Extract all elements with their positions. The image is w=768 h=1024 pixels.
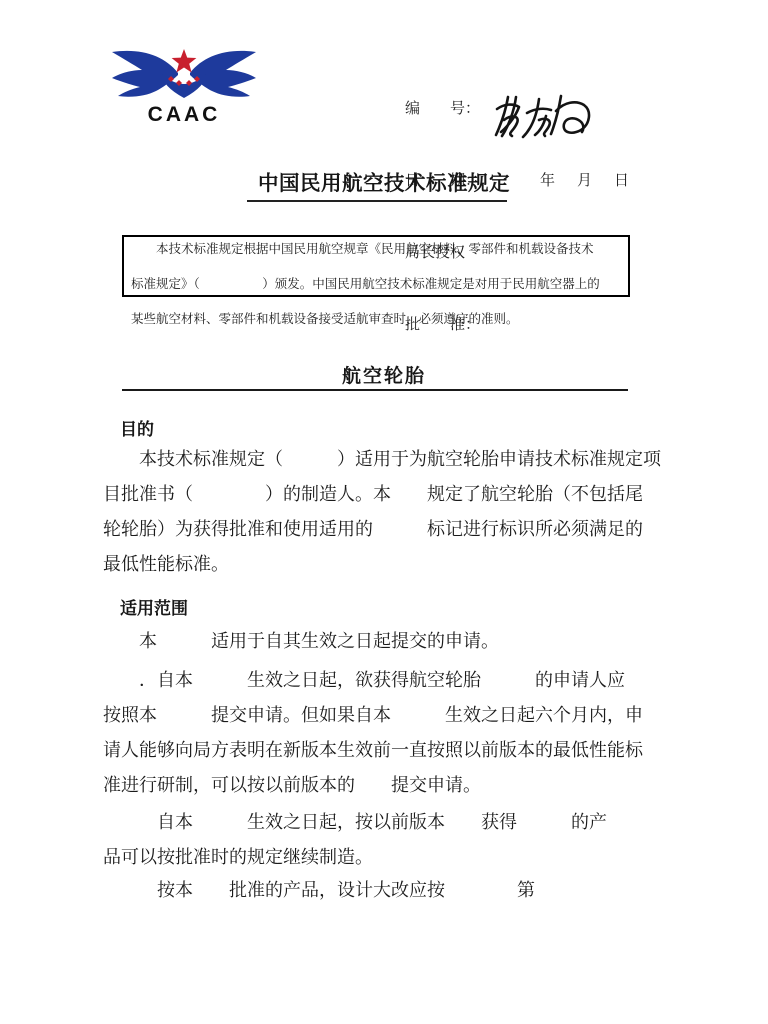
document-title: 中国民用航空技术标准规定 xyxy=(0,166,768,196)
text-line: 自本 生效之日起，按以前版本 获得 的产 xyxy=(103,805,675,840)
section-rule xyxy=(122,389,628,391)
text-line: 标准规定》（ ）颁发。中国民用航空技术标准规定是对用于民用航空器上的 xyxy=(131,275,621,310)
text-line: 请人能够向局方表明在新版本生效前一直按照以前版本的最低性能标 xyxy=(103,733,675,768)
text-line: 本技术标准规定根据中国民用航空规章《民用航空材料、零部件和机载设备技术 xyxy=(131,240,621,275)
approval-signature-icon xyxy=(492,90,600,147)
text-line: 最低性能标准。 xyxy=(103,547,675,582)
purpose-paragraph: 本技术标准规定（ ）适用于为航空轮胎申请技术标准规定项目批准书（ ）的制造人。本… xyxy=(103,442,675,582)
text-line: 按照本 提交申请。但如果自本 生效之日起六个月内，申 xyxy=(103,698,675,733)
section-title: 航空轮胎 xyxy=(0,361,768,388)
title-underline xyxy=(247,200,507,202)
text-line: 本技术标准规定（ ）适用于为航空轮胎申请技术标准规定项 xyxy=(103,442,675,477)
notice-box: 本技术标准规定根据中国民用航空规章《民用航空材料、零部件和机载设备技术标准规定》… xyxy=(122,235,630,297)
caac-logo: CAAC xyxy=(108,46,260,127)
scope-paragraph-3: 自本 生效之日起，按以前版本 获得 的产品可以按批准时的规定继续制造。 xyxy=(103,805,675,875)
field-number-label: 编 号： xyxy=(405,101,480,117)
document-page: CAAC 编 号： 日 期：年 月 日 局长授权 批 准： 中国民用航空技术标准… xyxy=(0,0,768,1024)
text-line: 轮轮胎）为获得批准和使用适用的 标记进行标识所必须满足的 xyxy=(103,512,675,547)
text-line: 准进行研制，可以按以前版本的 提交申请。 xyxy=(103,768,675,803)
caac-wings-star-icon xyxy=(108,46,260,102)
text-line: ．自本 生效之日起，欲获得航空轮胎 的申请人应 xyxy=(103,663,675,698)
scope-paragraph-1: 本 适用于自其生效之日起提交的申请。 xyxy=(103,624,675,659)
text-line: 品可以按批准时的规定继续制造。 xyxy=(103,840,675,875)
text-line: 目批准书（ ）的制造人。本 规定了航空轮胎（不包括尾 xyxy=(103,477,675,512)
text-line: 本 适用于自其生效之日起提交的申请。 xyxy=(103,624,675,659)
scope-paragraph-2: ．自本 生效之日起，欲获得航空轮胎 的申请人应按照本 提交申请。但如果自本 生效… xyxy=(103,663,675,803)
scope-paragraph-4: 按本 批准的产品，设计大改应按 第 xyxy=(103,873,675,908)
purpose-heading: 目的 xyxy=(120,415,154,440)
scope-heading: 适用范围 xyxy=(120,594,188,619)
caac-logo-text: CAAC xyxy=(108,103,260,127)
text-line: 按本 批准的产品，设计大改应按 第 xyxy=(103,873,675,908)
text-line: 某些航空材料、零部件和机载设备接受适航审查时，必须遵守的准则。 xyxy=(131,310,621,345)
